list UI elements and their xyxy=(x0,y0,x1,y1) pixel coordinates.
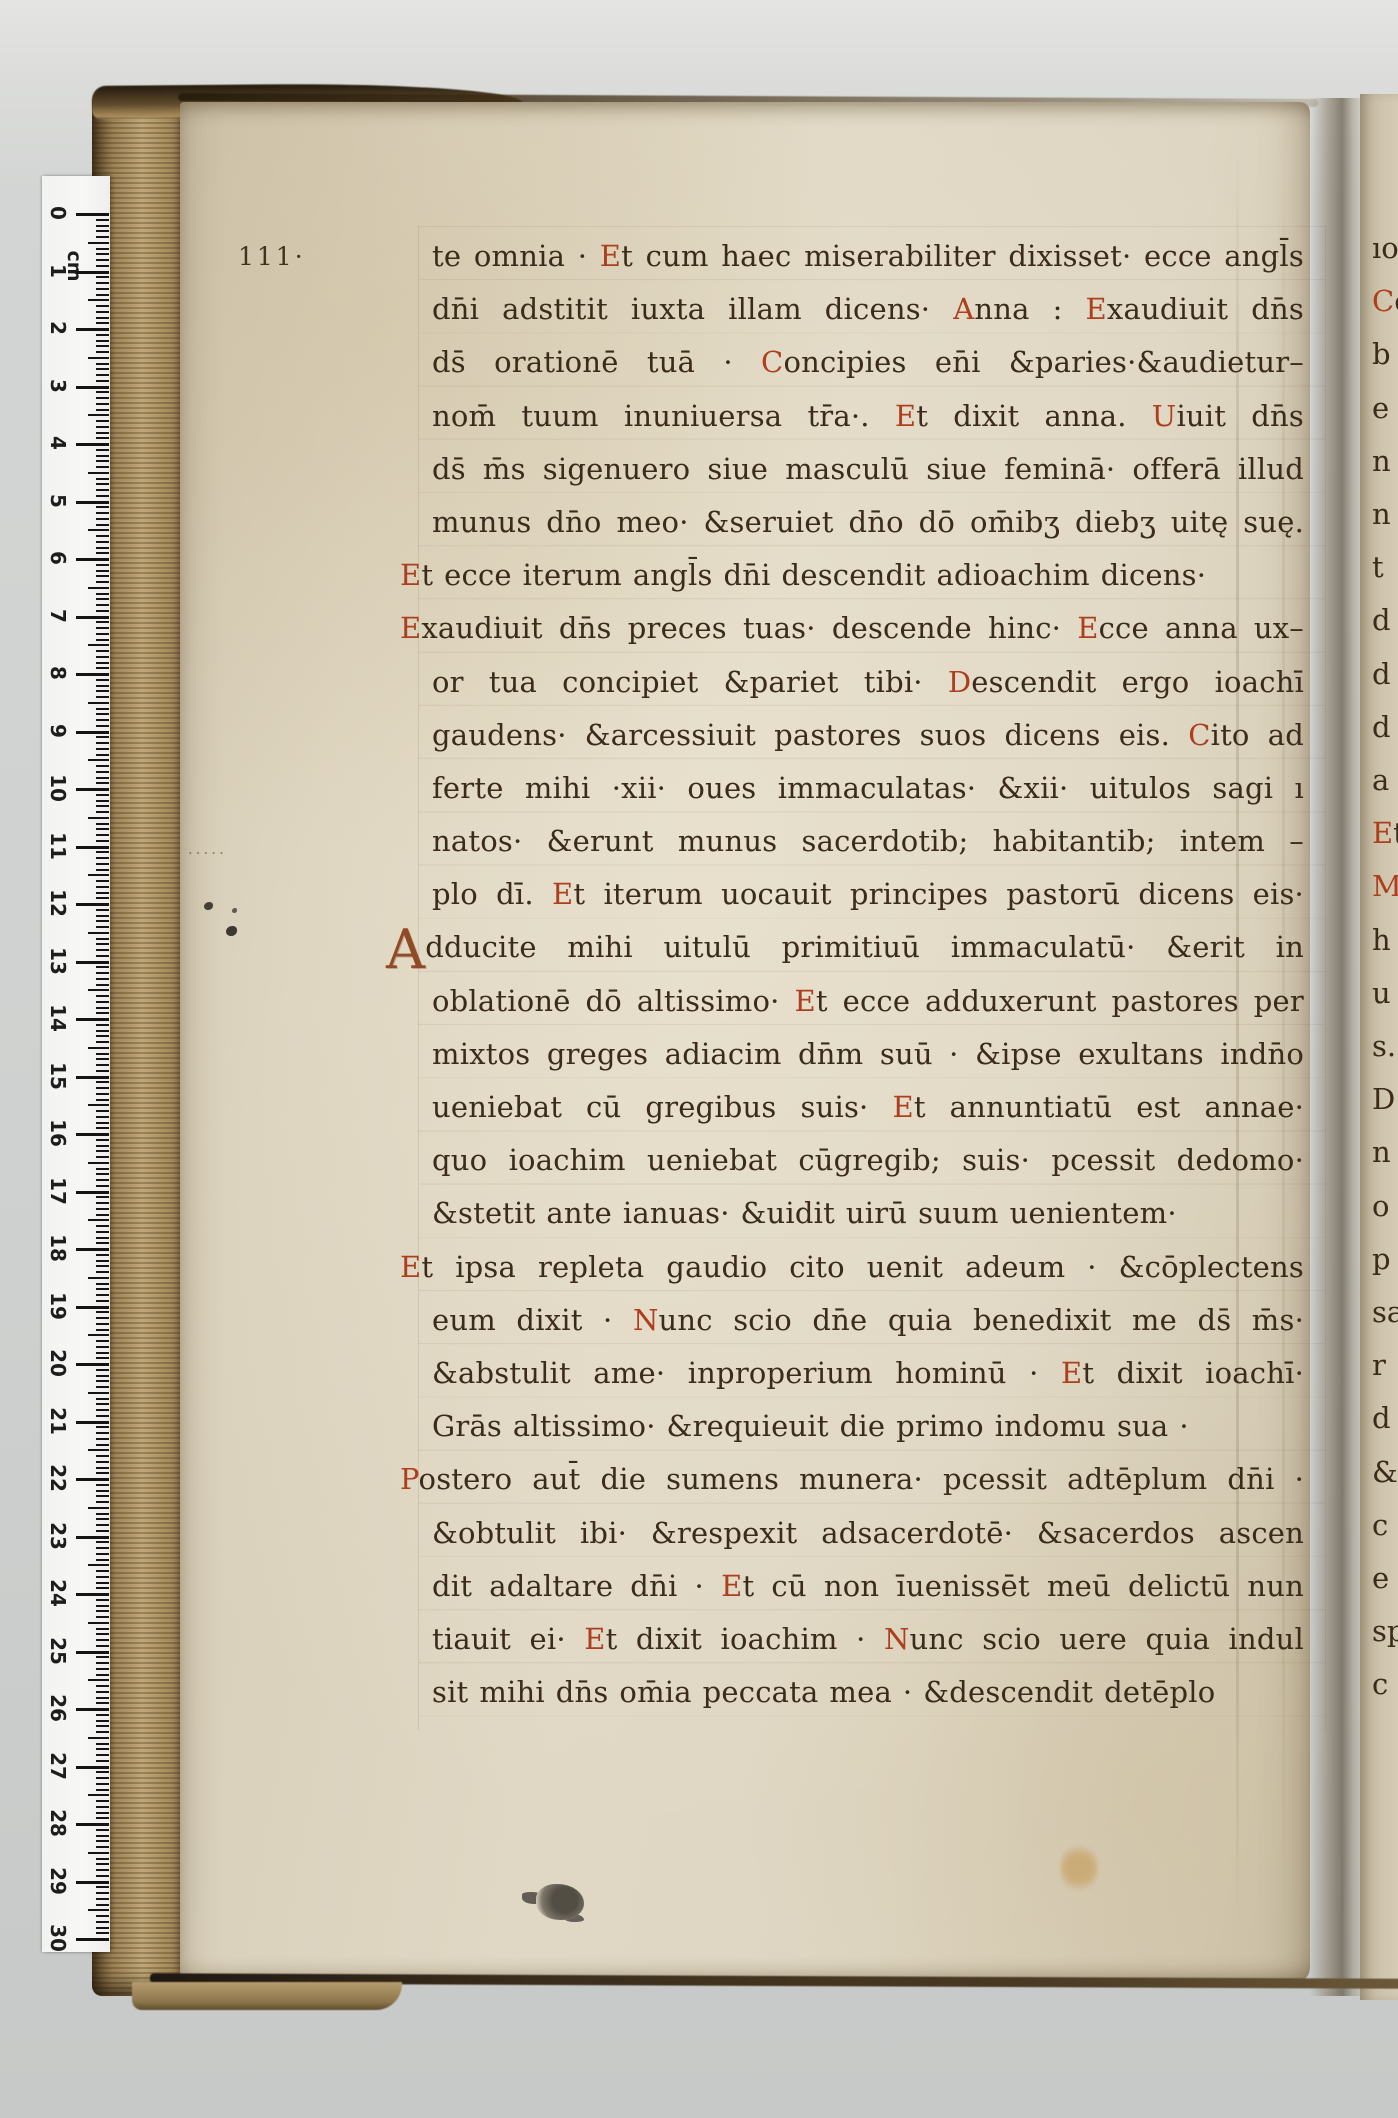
ruler-number: 16 xyxy=(46,1120,70,1146)
ruler-tick xyxy=(88,357,109,359)
text-run: dit adaltare dn̄i · xyxy=(432,1569,721,1603)
ruler-tick xyxy=(96,340,109,342)
manuscript-text-line: Adducite mihi uitulū primitiuū immaculat… xyxy=(432,921,1304,974)
ruler-tick xyxy=(96,639,109,641)
ruler-tick xyxy=(76,1938,109,1941)
ruler-tick xyxy=(88,1162,109,1164)
ruler-tick xyxy=(96,1357,109,1359)
facing-page-line-fragment: p xyxy=(1372,1233,1391,1286)
ruler-tick xyxy=(96,943,109,945)
ruler-tick xyxy=(96,265,109,267)
ruler-tick xyxy=(96,1467,109,1469)
ruler-number: 11 xyxy=(46,833,70,859)
ruler-tick xyxy=(96,679,109,681)
ruler-tick xyxy=(96,1035,109,1037)
ruler-tick xyxy=(96,547,109,549)
ruler-tick xyxy=(96,650,109,652)
ruler-number: 4 xyxy=(46,430,70,456)
text-run: t ecce iterum angl̄s dn̄i descendit adio… xyxy=(421,558,1206,592)
ruler-tick xyxy=(76,1536,109,1539)
ruler-tick xyxy=(96,938,109,940)
text-run: d xyxy=(1372,603,1391,637)
facing-page-line-fragment: M xyxy=(1372,860,1398,913)
ruler-number: 24 xyxy=(46,1580,70,1606)
manuscript-text-line: tiauit ei· Et dixit ioachim · Nunc scio … xyxy=(432,1613,1304,1666)
ruler-tick xyxy=(96,1639,109,1641)
text-run: ds̄ m̄s sigenuero siue masculū siue femi… xyxy=(432,452,1304,486)
ruler-tick xyxy=(96,610,109,612)
text-run: ds̄ orationē tuā · xyxy=(432,345,761,379)
ruler-tick xyxy=(96,1576,109,1578)
ruler-tick xyxy=(96,656,109,658)
text-run: o xyxy=(1394,284,1398,318)
ruler-number: 15 xyxy=(46,1063,70,1089)
facing-page-line-fragment: d xyxy=(1372,594,1391,647)
ruler-tick xyxy=(76,1133,109,1136)
ruler-tick xyxy=(96,805,109,807)
ruler-tick xyxy=(96,1927,109,1929)
ruler-tick xyxy=(96,374,109,376)
ruler-number: 6 xyxy=(46,545,70,571)
ruler-tick xyxy=(96,880,109,882)
ruler-tick xyxy=(96,1628,109,1630)
text-run: &obtulit ibi· &respexit adsacerdotē· &sa… xyxy=(432,1516,1304,1550)
manuscript-text-line: Postero aut̄ die sumens munera· pcessit … xyxy=(400,1453,1304,1506)
manuscript-text-line: mixtos greges adiacim dn̄m suū · &ipse e… xyxy=(432,1028,1304,1081)
ruler-tick xyxy=(96,915,109,917)
ruler-number: 8 xyxy=(46,660,70,686)
text-run: t cū non īuenissēt meū delictū nun xyxy=(742,1569,1304,1603)
ruler-tick xyxy=(96,1484,109,1486)
ruler-number: 23 xyxy=(46,1523,70,1549)
ruler-tick xyxy=(96,1415,109,1417)
book-bottom-corner xyxy=(132,1982,402,2010)
ruler-tick xyxy=(96,1743,109,1745)
ruler-tick xyxy=(96,1283,109,1285)
facing-page-line-fragment: t xyxy=(1372,541,1384,594)
rubricated-initial: D xyxy=(948,665,971,699)
text-run: t dixit ioachī· xyxy=(1082,1356,1304,1390)
text-run: xaudiuit dn̄s preces tuas· descende hinc… xyxy=(421,611,1077,645)
ruler-tick xyxy=(96,1093,109,1095)
ruler-tick xyxy=(96,708,109,710)
ruler-number: 1 xyxy=(46,258,70,284)
ruler-tick xyxy=(88,299,109,301)
ruler-tick xyxy=(76,1018,109,1021)
text-run: mixtos greges adiacim dn̄m suū · &ipse e… xyxy=(432,1037,1304,1071)
ruler-tick xyxy=(76,1708,109,1711)
ruler-tick xyxy=(96,322,109,324)
ruler-tick xyxy=(76,1651,109,1654)
ruler-tick xyxy=(96,1582,109,1584)
ruler-tick xyxy=(96,432,109,434)
text-run: t dixit anna. xyxy=(916,399,1152,433)
manuscript-text-line: eum dixit · Nunc scio dn̄e quia benedixi… xyxy=(432,1294,1304,1347)
ruler-number: 10 xyxy=(46,775,70,801)
ruler-tick xyxy=(96,1122,109,1124)
manuscript-text-line: Et ipsa repleta gaudio cito uenit adeum … xyxy=(400,1241,1304,1294)
rubricated-initial: E xyxy=(400,1250,421,1284)
ruler-tick xyxy=(96,524,109,526)
folio-number: 111· xyxy=(238,242,306,271)
ruler-tick xyxy=(96,949,109,951)
rubricated-initial: A xyxy=(953,292,974,326)
text-run: plo dī. xyxy=(432,877,552,911)
ruler-tick xyxy=(96,552,109,554)
ruler-tick xyxy=(96,1490,109,1492)
ruler-tick xyxy=(96,305,109,307)
ruler-tick xyxy=(96,259,109,261)
ruler-tick xyxy=(96,696,109,698)
facing-page-line-fragment: c xyxy=(1372,1499,1388,1552)
ruler-tick xyxy=(76,961,109,964)
ink-speck xyxy=(204,902,213,910)
text-run: t cum haec miserabiliter dixisset· ecce … xyxy=(621,239,1304,273)
ruler-tick xyxy=(96,1110,109,1112)
facing-page-line-fragment: ıo xyxy=(1372,222,1398,275)
manuscript-text-line: Grās altissimo· &requieuit die primo ind… xyxy=(432,1400,1304,1453)
manuscript-text-line: Exaudiuit dn̄s preces tuas· descende hin… xyxy=(400,602,1304,655)
ruler-tick xyxy=(76,1191,109,1194)
text-run: p xyxy=(1372,1242,1391,1276)
ruler-tick xyxy=(96,351,109,353)
ruler-tick xyxy=(96,1518,109,1520)
ruler-tick xyxy=(96,294,109,296)
ruler-tick xyxy=(88,1104,109,1106)
manuscript-page: 111· ····· te omnia · Et cum haec misera… xyxy=(180,102,1310,1982)
ruler-tick xyxy=(96,466,109,468)
text-run: d xyxy=(1372,657,1391,691)
ruler-tick xyxy=(96,1081,109,1083)
ruler-number: 21 xyxy=(46,1408,70,1434)
book: 111· ····· te omnia · Et cum haec misera… xyxy=(92,84,1398,2014)
ruler-tick xyxy=(96,512,109,514)
ruler-number: 28 xyxy=(46,1810,70,1836)
ruler-tick xyxy=(96,1800,109,1802)
ruler-number: 29 xyxy=(46,1868,70,1894)
text-run: natos· &erunt munus sacerdotib; habitant… xyxy=(432,824,1304,858)
facing-page-line-fragment: d xyxy=(1372,1392,1391,1445)
ruler-tick xyxy=(76,213,109,216)
ruler-tick xyxy=(96,1208,109,1210)
ruler-tick xyxy=(96,920,109,922)
ruler-tick xyxy=(88,1219,109,1221)
ruler-tick xyxy=(96,1053,109,1055)
text-run: s. xyxy=(1372,1029,1396,1063)
ruler-tick xyxy=(96,1777,109,1779)
text-run: ıo xyxy=(1372,231,1398,265)
ruler-tick xyxy=(96,765,109,767)
ruler-tick xyxy=(96,1242,109,1244)
ruler-tick xyxy=(96,570,109,572)
ruler-tick xyxy=(96,598,109,600)
ruler-tick xyxy=(96,1587,109,1589)
ruler-tick xyxy=(76,616,109,619)
ruler-tick xyxy=(96,771,109,773)
ruler-tick xyxy=(96,794,109,796)
facing-page-line-fragment: D xyxy=(1372,1073,1395,1126)
ruler-tick xyxy=(96,1461,109,1463)
text-run: D xyxy=(1372,1082,1395,1116)
text-run: a xyxy=(1372,763,1389,797)
ruler-tick xyxy=(96,1760,109,1762)
ruler-tick xyxy=(96,1426,109,1428)
ruler-tick xyxy=(76,501,109,504)
manuscript-text-line: Et ecce iterum angl̄s dn̄i descendit adi… xyxy=(400,549,1304,602)
ruler-tick xyxy=(96,380,109,382)
ruler-tick xyxy=(96,593,109,595)
ruler-number: 3 xyxy=(46,373,70,399)
ruler-number: 20 xyxy=(46,1350,70,1376)
margin-mark: ····· xyxy=(188,844,227,862)
facing-page-line-fragment: Co xyxy=(1372,275,1398,328)
ruler-tick xyxy=(96,1656,109,1658)
ruler-tick xyxy=(96,851,109,853)
ruler-number: 17 xyxy=(46,1178,70,1204)
ruler-tick xyxy=(96,1300,109,1302)
facing-page-line-fragment: o xyxy=(1372,1180,1389,1233)
ruler-tick xyxy=(76,1881,109,1884)
ruler-tick xyxy=(96,1812,109,1814)
ruler-tick xyxy=(96,225,109,227)
ruler-tick xyxy=(96,455,109,457)
ruler-tick xyxy=(88,759,109,761)
text-run: ferte mihi ·xii· oues immaculatas· &xii·… xyxy=(432,771,1304,805)
ruler-tick xyxy=(96,1559,109,1561)
ruler-tick xyxy=(96,1668,109,1670)
rubricated-initial: E xyxy=(721,1569,742,1603)
ruler-tick xyxy=(96,662,109,664)
ruler-number: 22 xyxy=(46,1465,70,1491)
ruler-tick xyxy=(96,1007,109,1009)
ruler-tick xyxy=(96,541,109,543)
ruler-number: 27 xyxy=(46,1753,70,1779)
text-run: sa xyxy=(1372,1295,1398,1329)
ruler-tick xyxy=(88,529,109,531)
text-run: escendit ergo ioachī xyxy=(971,665,1304,699)
ruler-tick xyxy=(76,558,109,561)
text-run: c xyxy=(1372,1508,1388,1542)
ruler-number: 9 xyxy=(46,718,70,744)
ruler-tick xyxy=(76,443,109,446)
ruler-tick xyxy=(96,1829,109,1831)
manuscript-text-line: plo dī. Et iterum uocauit principes past… xyxy=(432,868,1304,921)
text-run: tiauit ei· xyxy=(432,1622,584,1656)
ruler-tick xyxy=(96,604,109,606)
ruler-tick xyxy=(96,886,109,888)
rubricated-initial: P xyxy=(400,1462,419,1496)
text-run: nna : xyxy=(974,292,1085,326)
photo-canvas: 111· ····· te omnia · Et cum haec misera… xyxy=(0,0,1398,2118)
ruler-tick xyxy=(96,1225,109,1227)
rubricated-initial: E xyxy=(794,984,815,1018)
ruler-tick xyxy=(76,1823,109,1826)
ruler-tick xyxy=(96,995,109,997)
ruler-tick xyxy=(96,1386,109,1388)
facing-page-line-fragment: n xyxy=(1372,435,1391,488)
ruler-tick xyxy=(96,1380,109,1382)
ruler-tick xyxy=(96,1444,109,1446)
ruler-number: 18 xyxy=(46,1235,70,1261)
ruler-tick xyxy=(96,1202,109,1204)
text-run: t annuntiatū est annae· xyxy=(914,1090,1304,1124)
ruler-tick xyxy=(96,869,109,871)
ruler-tick xyxy=(96,1012,109,1014)
rubricated-initial: U xyxy=(1152,399,1177,433)
ruler-tick xyxy=(96,984,109,986)
text-run: t ipsa repleta gaudio cito uenit adeum ·… xyxy=(421,1250,1304,1284)
manuscript-text-line: dn̄i adstitit iuxta illam dicens· Anna :… xyxy=(432,283,1304,336)
ruler-tick xyxy=(96,1265,109,1267)
rubricated-initial: N xyxy=(633,1303,659,1337)
rubricated-initial: E xyxy=(600,239,621,273)
ruler-tick xyxy=(96,633,109,635)
facing-page-line-fragment: Et xyxy=(1372,807,1398,860)
ruler-tick xyxy=(96,506,109,508)
facing-page-line-fragment: a xyxy=(1372,754,1389,807)
ruler-number: 30 xyxy=(46,1925,70,1951)
ruler-tick xyxy=(88,1507,109,1509)
ruler-tick xyxy=(76,1363,109,1366)
ruler-tick xyxy=(96,1340,109,1342)
ruler-tick xyxy=(96,1530,109,1532)
ruler-tick xyxy=(96,725,109,727)
ruler-tick xyxy=(88,644,109,646)
facing-page-line-fragment: n xyxy=(1372,488,1391,541)
manuscript-text-line: sit mihi dn̄s om̄ia peccata mea · &desce… xyxy=(432,1666,1304,1719)
text-run: t dixit ioachim · xyxy=(606,1622,884,1656)
ruler-tick xyxy=(76,1478,109,1481)
ruler-tick xyxy=(96,667,109,669)
ruler-tick xyxy=(76,788,109,791)
text-run: or tua concipiet &pariet tibi· xyxy=(432,665,948,699)
rubricated-initial: N xyxy=(884,1622,910,1656)
ruler-tick xyxy=(96,1898,109,1900)
ruler-tick xyxy=(76,731,109,734)
ruler-tick xyxy=(96,777,109,779)
manuscript-text-line: ds̄ m̄s sigenuero siue masculū siue femi… xyxy=(432,443,1304,496)
facing-page-line-fragment: & xyxy=(1372,1446,1398,1499)
ruler-tick xyxy=(96,1840,109,1842)
ruler-tick xyxy=(88,1564,109,1566)
text-run: &stetit ante ianuas· &uidit uirū suum ue… xyxy=(432,1196,1177,1230)
rubricated-initial: E xyxy=(892,1090,913,1124)
ruler-tick xyxy=(96,1547,109,1549)
text-run: h xyxy=(1372,923,1391,957)
ruler-tick xyxy=(96,1731,109,1733)
ruler-tick xyxy=(76,271,109,274)
ruler-tick xyxy=(96,1214,109,1216)
text-run: e xyxy=(1372,391,1389,425)
ruler-number: 5 xyxy=(46,488,70,514)
ruler-tick xyxy=(96,1553,109,1555)
facing-page-line-fragment: h xyxy=(1372,914,1391,967)
ruler-tick xyxy=(96,1599,109,1601)
ruler-tick xyxy=(96,575,109,577)
ruler-tick xyxy=(88,932,109,934)
ruler-tick xyxy=(96,1915,109,1917)
ruler-tick xyxy=(96,363,109,365)
facing-page-line-fragment: d xyxy=(1372,648,1391,701)
facing-page-sliver: ıoCobenntdddaEtMhus.Dnopsard&cespc xyxy=(1360,94,1398,2000)
facing-page-line-fragment: r xyxy=(1372,1339,1386,1392)
ruler-tick xyxy=(88,1334,109,1336)
rubricated-initial: E xyxy=(1061,1356,1082,1390)
ruler-tick xyxy=(96,1116,109,1118)
ruler-tick xyxy=(96,1288,109,1290)
ruler-tick xyxy=(88,1679,109,1681)
ruler-number: 0 xyxy=(46,200,70,226)
ruler-tick xyxy=(96,1455,109,1457)
ruler-tick xyxy=(96,311,109,313)
ruler-tick xyxy=(96,1127,109,1129)
ruler-tick xyxy=(96,345,109,347)
text-block: te omnia · Et cum haec miserabiliter dix… xyxy=(432,230,1304,1719)
ruler-tick xyxy=(96,1691,109,1693)
ruler-tick xyxy=(76,1248,109,1251)
ruler-tick xyxy=(96,800,109,802)
ruler-tick xyxy=(96,1783,109,1785)
text-run: n xyxy=(1372,1135,1391,1169)
ruler-tick xyxy=(96,1231,109,1233)
ink-speck xyxy=(226,926,237,936)
stain xyxy=(1060,1842,1098,1894)
rubricated-initial: E xyxy=(552,877,573,911)
ruler-tick xyxy=(96,811,109,813)
ruler-tick xyxy=(96,1524,109,1526)
ruler-tick xyxy=(96,1041,109,1043)
ruler-tick xyxy=(96,840,109,842)
ruler-tick xyxy=(96,966,109,968)
ruler-tick xyxy=(96,736,109,738)
ruler-tick xyxy=(96,1846,109,1848)
ruler-tick xyxy=(96,1685,109,1687)
ruler-tick xyxy=(96,909,109,911)
large-initial: A xyxy=(386,918,425,981)
ruler-tick xyxy=(96,391,109,393)
text-run: oncipies en̄i &paries·&audietur– xyxy=(783,345,1304,379)
ruler-tick xyxy=(96,483,109,485)
ruler-tick xyxy=(96,1633,109,1635)
ruler-tick xyxy=(96,1403,109,1405)
ruler-tick xyxy=(96,1173,109,1175)
ruler-tick xyxy=(88,817,109,819)
ruler-tick xyxy=(96,978,109,980)
ruler-number: 7 xyxy=(46,603,70,629)
text-run: n xyxy=(1372,444,1391,478)
ruler-tick xyxy=(96,1645,109,1647)
text-run: gaudens· &arcessiuit pastores suos dicen… xyxy=(432,718,1188,752)
ruler-tick xyxy=(88,472,109,474)
ruler-tick xyxy=(96,426,109,428)
ruler-tick xyxy=(96,1835,109,1837)
ruler-tick xyxy=(96,748,109,750)
text-run: G xyxy=(432,1409,455,1443)
ruler-tick xyxy=(96,1139,109,1141)
ruler-tick xyxy=(96,1714,109,1716)
ruler-tick xyxy=(96,1541,109,1543)
facing-page-line-fragment: s. xyxy=(1372,1020,1396,1073)
manuscript-text-line: or tua concipiet &pariet tibi· Descendit… xyxy=(432,656,1304,709)
ruler-tick xyxy=(88,1277,109,1279)
ruler-tick xyxy=(96,1748,109,1750)
ruler-tick xyxy=(96,1311,109,1313)
facing-page-line-fragment: sp xyxy=(1372,1605,1398,1658)
manuscript-text-line: dit adaltare dn̄i · Et cū non īuenissēt … xyxy=(432,1560,1304,1613)
ruler-tick xyxy=(96,1260,109,1262)
ink-speck xyxy=(232,908,237,913)
ruler-tick xyxy=(96,627,109,629)
